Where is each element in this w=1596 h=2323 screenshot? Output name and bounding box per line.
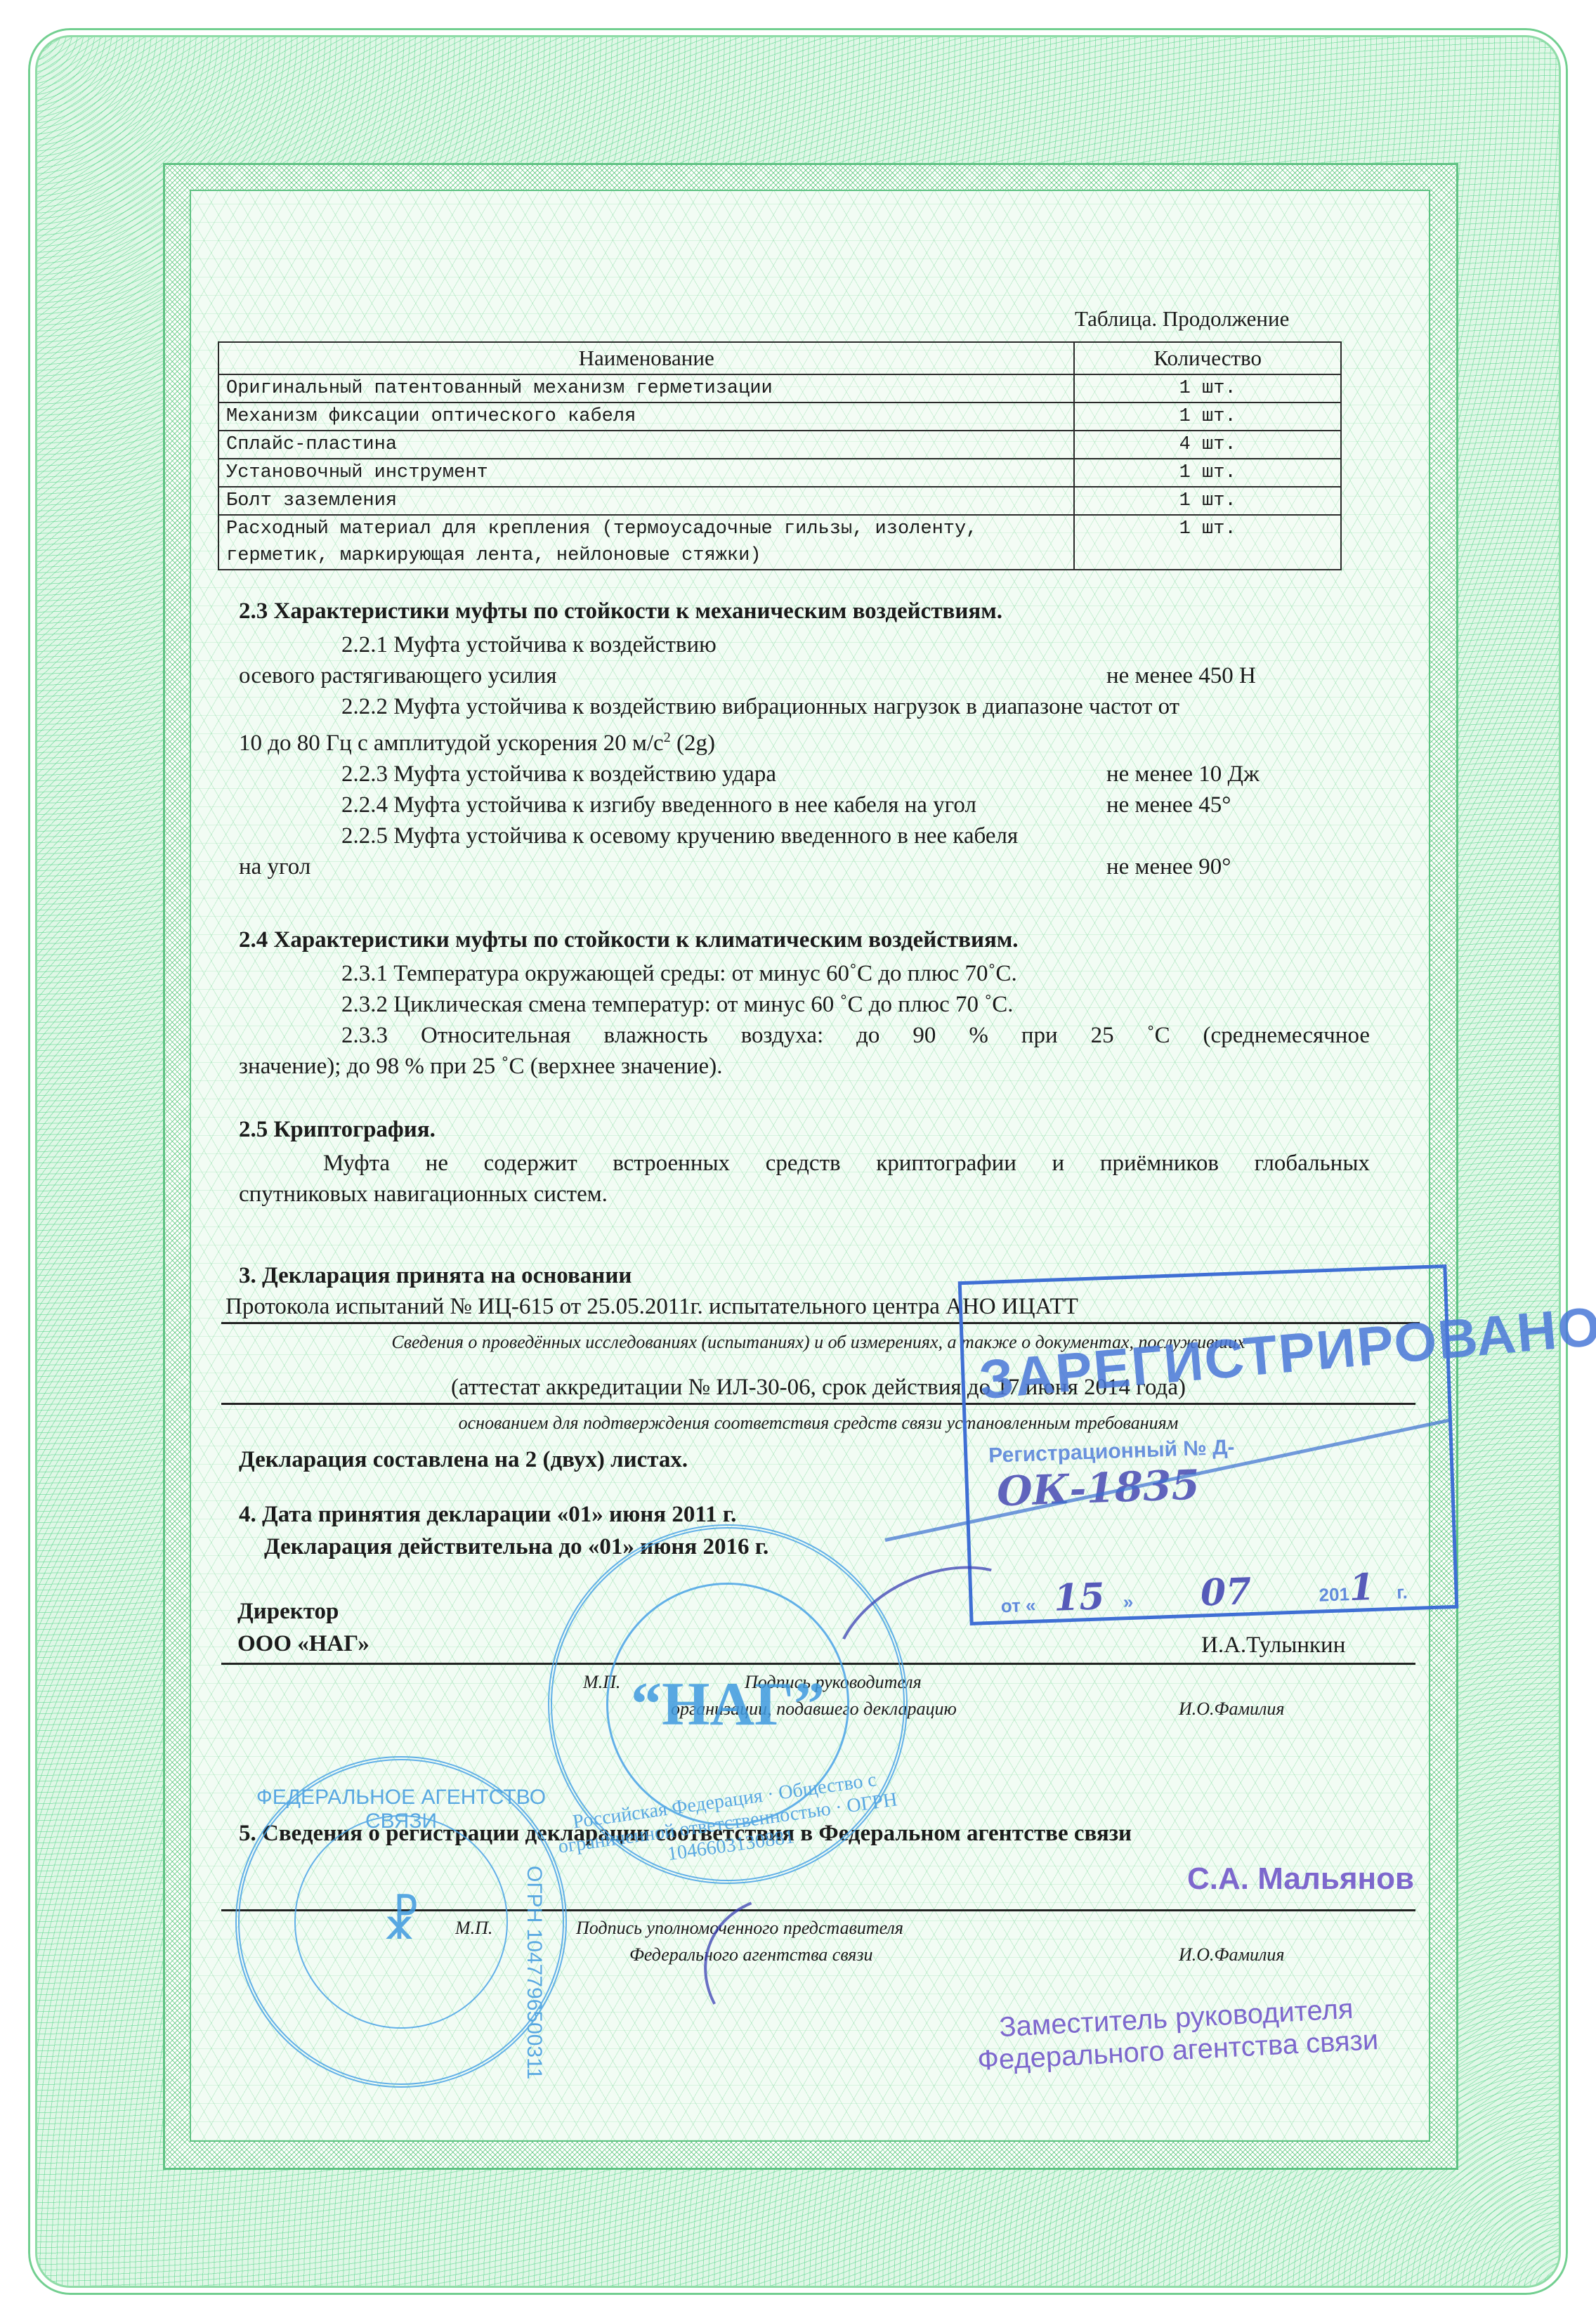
section-3-heading: 3. Декларация принята на основании: [239, 1263, 632, 1289]
item-2-3-2: 2.3.2 Циклическая смена температур: от м…: [239, 989, 1377, 1020]
item-2-2-1-row: осевого растягивающего усилия не менее 4…: [239, 660, 1321, 691]
agency-seal: ФЕДЕРАЛЬНОЕ АГЕНТСТВО СВЯЗИ ☧ ОГРН 10477…: [235, 1756, 567, 2088]
registration-month: 07: [1137, 1568, 1314, 1619]
registration-day: 15: [1040, 1575, 1118, 1623]
item-2-2-5-a: 2.2.5 Муфта устойчива к осевому кручению…: [239, 820, 1363, 851]
table-row: Сплайс-пластина4 шт.: [218, 431, 1341, 459]
registration-number: ОК-1835: [996, 1460, 1201, 1515]
registration-stamp: ЗАРЕГИСТРИРОВАНО Регистрационный № Д- ОК…: [958, 1264, 1459, 1625]
item-2-2-1-value: не менее 450 Н: [1106, 660, 1321, 691]
section-2-3-heading: 2.3 Характеристики муфты по стойкости к …: [239, 598, 1002, 624]
item-qty: 1 шт.: [1074, 459, 1341, 487]
crypto-text-b: спутниковых навигационных систем.: [239, 1179, 1370, 1210]
table-row: Установочный инструмент1 шт.: [218, 459, 1341, 487]
table-row: Механизм фиксации оптического кабеля1 шт…: [218, 403, 1341, 431]
table-row: Расходный материал для крепления (термоу…: [218, 515, 1341, 570]
crypto-text-a: Муфта не содержит встроенных средств кри…: [239, 1148, 1370, 1179]
signer-position: Директор: [237, 1599, 339, 1625]
item-2-2-2-b: 10 до 80 Гц с амплитудой ускорения 20 м/…: [239, 722, 1363, 759]
item-2-2-1-b: осевого растягивающего усилия: [239, 660, 557, 691]
table-row: Болт заземления1 шт.: [218, 487, 1341, 515]
items-table: Наименование Количество Оригинальный пат…: [218, 341, 1342, 570]
year-end: г.: [1396, 1581, 1408, 1603]
org-seal-label: “НАГ”: [631, 1669, 825, 1740]
item-2-2-3-value: не менее 10 Дж: [1106, 759, 1321, 790]
item-2-2-2-a: 2.2.2 Муфта устойчива к воздействию вибр…: [239, 691, 1363, 722]
item-2-2-5-value: не менее 90°: [1106, 851, 1321, 882]
agency-seal-side-text: ОГРН 1047796500311: [522, 1866, 546, 2079]
signer-org: ООО «НАГ»: [237, 1631, 369, 1657]
item-2-3-3-b: значение); до 98 % при 25 ˚С (верхнее зн…: [239, 1051, 1377, 1082]
item-2-2-5-b: на угол: [239, 851, 310, 882]
name-caption-1: И.О.Фамилия: [1179, 1699, 1284, 1720]
item-2-2-2-text: 10 до 80 Гц с амплитудой ускорения 20 м/…: [239, 731, 664, 756]
item-2-2-2-unit: (2g): [671, 731, 715, 756]
item-2-2-4: 2.2.4 Муфта устойчива к изгибу введенног…: [341, 790, 976, 820]
table-row: Оригинальный патентованный механизм герм…: [218, 374, 1341, 403]
signer-name: И.А.Тулынкин: [1201, 1630, 1345, 1661]
column-header-name: Наименование: [218, 342, 1074, 374]
superscript: 2: [664, 730, 671, 745]
item-qty: 4 шт.: [1074, 431, 1341, 459]
year-prefix: 201: [1319, 1583, 1349, 1605]
item-2-2-3: 2.2.3 Муфта устойчива к воздействию удар…: [341, 759, 776, 790]
section-2-4-body: 2.3.1 Температура окружающей среды: от м…: [239, 958, 1377, 1082]
item-qty: 1 шт.: [1074, 487, 1341, 515]
table-caption: Таблица. Продолжение: [1075, 306, 1289, 332]
declaration-date: 4. Дата принятия декларации «01» июня 20…: [239, 1502, 736, 1528]
column-header-qty: Количество: [1074, 342, 1341, 374]
item-qty: 1 шт.: [1074, 374, 1341, 403]
section-2-5-body: Муфта не содержит встроенных средств кри…: [239, 1148, 1370, 1210]
sheets-count: Декларация составлена на 2 (двух) листах…: [239, 1447, 688, 1473]
item-2-3-1: 2.3.1 Температура окружающей среды: от м…: [239, 958, 1377, 989]
section-2-5-heading: 2.5 Криптография.: [239, 1117, 436, 1143]
eagle-emblem-icon: ☧: [294, 1815, 508, 2029]
item-name: Оригинальный патентованный механизм герм…: [218, 374, 1074, 403]
name-caption-2: И.О.Фамилия: [1179, 1944, 1284, 1965]
item-2-2-4-value: не менее 45°: [1106, 790, 1321, 820]
section-2-3-body: 2.2.1 Муфта устойчива к воздействию осев…: [239, 629, 1363, 882]
date-mid: »: [1123, 1591, 1134, 1612]
item-2-2-3-row: 2.2.3 Муфта устойчива к воздействию удар…: [239, 759, 1321, 790]
registration-year: 1: [1349, 1565, 1392, 1611]
item-qty: 1 шт.: [1074, 403, 1341, 431]
item-2-2-1-a: 2.2.1 Муфта устойчива к воздействию: [239, 629, 1363, 660]
item-name: Сплайс-пластина: [218, 431, 1074, 459]
section-2-4-heading: 2.4 Характеристики муфты по стойкости к …: [239, 927, 1019, 953]
item-2-2-4-row: 2.2.4 Муфта устойчива к изгибу введенног…: [239, 790, 1321, 820]
item-qty: 1 шт.: [1074, 515, 1341, 570]
name-stamp: С.А. Мальянов: [1187, 1861, 1414, 1897]
item-name: Установочный инструмент: [218, 459, 1074, 487]
item-2-3-3-a: 2.3.3 Относительная влажность воздуха: д…: [239, 1020, 1370, 1051]
item-2-2-5-row: на угол не менее 90°: [239, 851, 1321, 882]
item-name: Механизм фиксации оптического кабеля: [218, 403, 1074, 431]
emblem-glyph: ☧: [382, 1893, 421, 1951]
item-name: Расходный материал для крепления (термоу…: [218, 515, 1074, 570]
item-name: Болт заземления: [218, 487, 1074, 515]
agency-seal-top-text: ФЕДЕРАЛЬНОЕ АГЕНТСТВО СВЯЗИ: [240, 1786, 563, 1833]
